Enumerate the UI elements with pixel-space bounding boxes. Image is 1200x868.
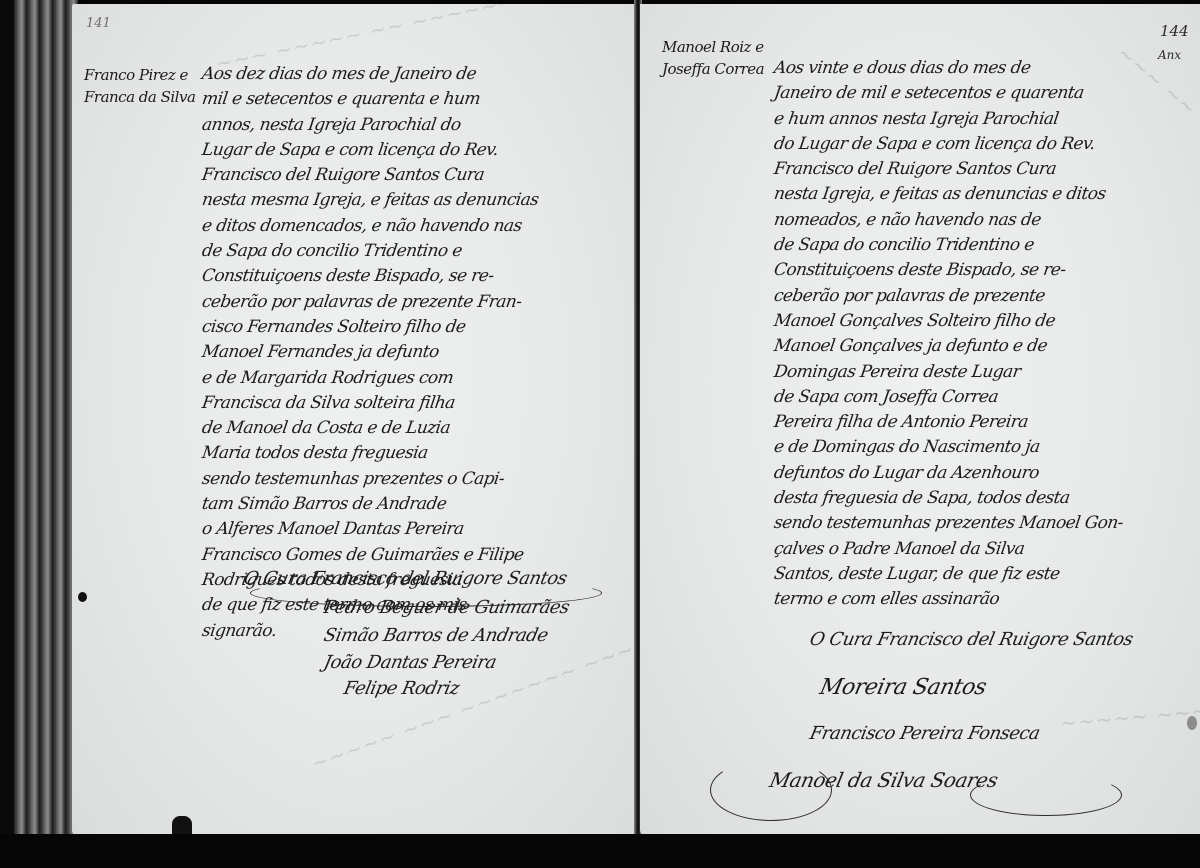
margin-note-line: Franca da Silva	[84, 86, 195, 108]
text-line: Aos dez dias do mes de Janeiro de	[200, 62, 540, 87]
folio-mark: Anx	[1158, 48, 1181, 62]
text-line: Constituiçoens deste Bispado, se re-	[200, 264, 540, 289]
signature-cura: O Cura Francisco del Ruigore Santos	[805, 616, 1138, 664]
signature: Simão Barros de Andrade	[321, 622, 572, 650]
margin-note: Franco Pirez e Franca da Silva	[84, 64, 195, 108]
text-line: nomeados, e não havendo nas de	[772, 208, 1124, 233]
folio-number: 144	[1160, 22, 1189, 40]
text-line: çalves o Padre Manoel da Silva	[772, 537, 1124, 562]
text-line: Maria todos desta freguesia	[200, 441, 540, 466]
right-page: ~~~ ~~ ~~~~ ~~~~~ ~~~~ 144 Anx Manoel Ro…	[640, 4, 1200, 836]
text-line: Constituiçoens deste Bispado, se re-	[772, 258, 1124, 283]
signature: Manoel da Silva Soares	[765, 756, 1138, 804]
signatures-block: O Cura Francisco del Ruigore Santos Pedr…	[244, 564, 569, 702]
text-line: Manoel Gonçalves ja defunto e de	[772, 334, 1124, 359]
scanned-book-spread: ~~~ ~~~~~ ~~ ~~~~~~ ~~~~ ~~~~~ ~~~ ~~~~~…	[0, 0, 1200, 868]
text-line: e ditos domencados, e não havendo nas	[200, 214, 540, 239]
signature-cura: O Cura Francisco del Ruigore Santos	[241, 564, 572, 594]
text-line: Francisco del Ruigore Santos Cura	[200, 163, 540, 188]
text-line: annos, nesta Igreja Parochial do	[200, 113, 540, 138]
margin-note-line: Franco Pirez e	[84, 64, 195, 86]
text-line: tam Simão Barros de Andrade	[200, 492, 540, 517]
signature: Felipe Rodriz	[341, 676, 571, 702]
book-page-edges	[0, 0, 78, 840]
ink-blot	[78, 592, 87, 602]
stain	[1187, 716, 1197, 730]
text-line: Manoel Gonçalves Solteiro filho de	[772, 309, 1124, 334]
faint-folio-number: 141	[86, 16, 111, 31]
signature: Francisco Pereira Fonseca	[805, 712, 1137, 756]
text-line: do Lugar de Sapa e com licença do Rev.	[772, 132, 1124, 157]
text-line: sendo testemunhas prezentes Manoel Gon-	[772, 511, 1124, 536]
signature: Moreira Santos	[815, 664, 1138, 712]
text-line: cisco Fernandes Solteiro filho de	[200, 315, 540, 340]
page-tear	[172, 816, 192, 836]
text-line: defuntos do Lugar da Azenhouro	[772, 461, 1124, 486]
text-line: Francisco del Ruigore Santos Cura	[772, 157, 1124, 182]
text-line: Manoel Fernandes ja defunto	[200, 340, 540, 365]
text-line: termo e com elles assinarão	[772, 587, 1124, 612]
text-line: Francisca da Silva solteira filha	[200, 391, 540, 416]
text-line: de Sapa do concilio Tridentino e	[200, 239, 540, 264]
text-line: ceberão por palavras de prezente	[772, 284, 1124, 309]
entry-body-text: Aos dez dias do mes de Janeiro de mil e …	[202, 62, 538, 644]
text-line: Janeiro de mil e setecentos e quarenta	[772, 81, 1124, 106]
text-line: nesta mesma Igreja, e feitas as denuncia…	[200, 188, 540, 213]
text-line: e hum annos nesta Igreja Parochial	[772, 107, 1124, 132]
text-line: sendo testemunhas prezentes o Capi-	[200, 467, 540, 492]
text-line: Aos vinte e dous dias do mes de	[772, 56, 1124, 81]
text-line: o Alferes Manoel Dantas Pereira	[200, 517, 540, 542]
text-line: e de Margarida Rodrigues com	[200, 366, 540, 391]
text-line: Domingas Pereira deste Lugar	[772, 360, 1124, 385]
text-line: de Sapa com Joseffa Correa	[772, 385, 1124, 410]
signature: Pedro Beguer de Guimarães	[321, 594, 572, 622]
entry-body-text: Aos vinte e dous dias do mes de Janeiro …	[774, 56, 1123, 613]
signatures-block: O Cura Francisco del Ruigore Santos More…	[810, 616, 1132, 804]
text-line: nesta Igreja, e feitas as denuncias e di…	[772, 182, 1124, 207]
scan-border	[0, 834, 1200, 868]
margin-note-line: Manoel Roiz e	[662, 36, 764, 58]
text-line: mil e setecentos e quarenta e hum	[200, 87, 540, 112]
text-line: de Sapa do concilio Tridentino e	[772, 233, 1124, 258]
margin-note: Manoel Roiz e Joseffa Correa	[662, 36, 764, 80]
text-line: Santos, deste Lugar, de que fiz este	[772, 562, 1124, 587]
text-line: Lugar de Sapa e com licença do Rev.	[200, 138, 540, 163]
text-line: Pereira filha de Antonio Pereira	[772, 410, 1124, 435]
signature: João Dantas Pereira	[321, 650, 571, 676]
text-line: ceberão por palavras de prezente Fran-	[200, 290, 540, 315]
text-line: de Manoel da Costa e de Luzia	[200, 416, 540, 441]
left-page: ~~~ ~~~~~ ~~ ~~~~~~ ~~~~ ~~~~~ ~~~ ~~~~~…	[72, 4, 638, 836]
text-line: e de Domingas do Nascimento ja	[772, 435, 1124, 460]
text-line: desta freguesia de Sapa, todos desta	[772, 486, 1124, 511]
margin-note-line: Joseffa Correa	[662, 58, 764, 80]
ink-bleed-through: ~~~ ~~ ~~~~	[1113, 41, 1200, 172]
